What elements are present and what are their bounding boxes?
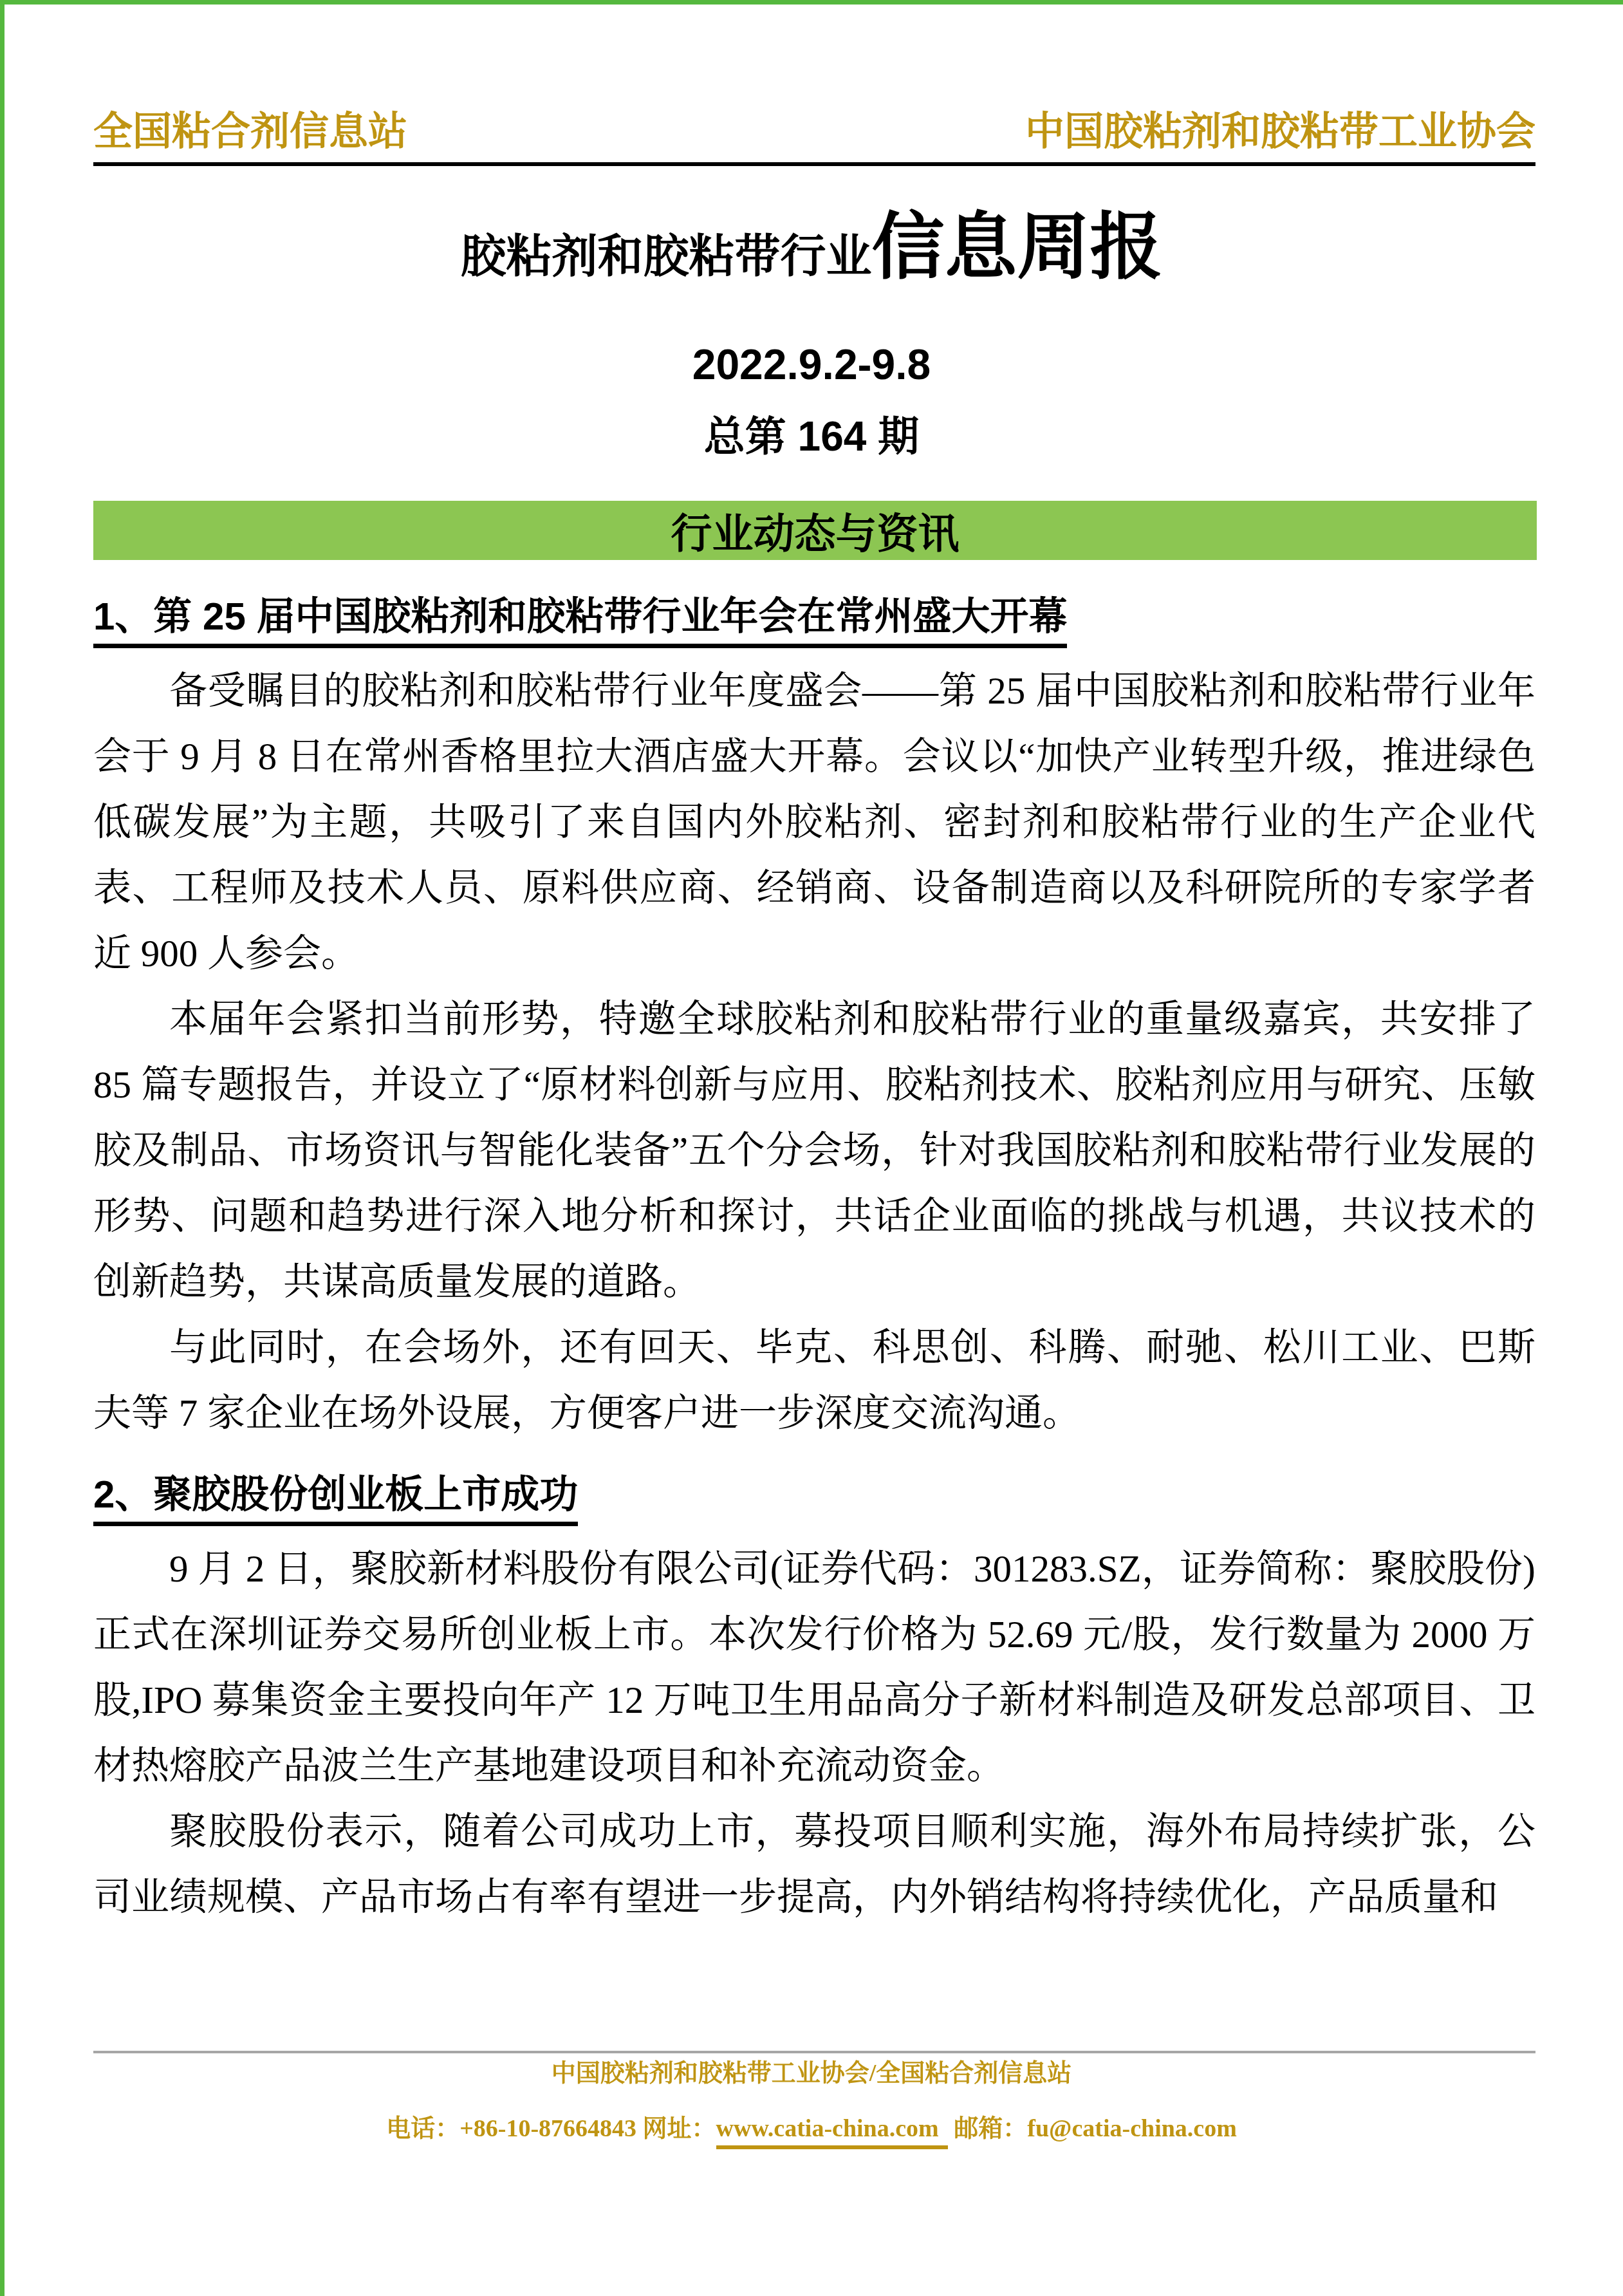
newsletter-title: 胶粘剂和胶粘带行业信息周报: [0, 198, 1623, 317]
page-border-top: [0, 0, 1623, 5]
footer-divider: [93, 2051, 1535, 2053]
article-1-heading-text: 1、第 25 届中国胶粘剂和胶粘带行业年会在常州盛大开幕: [93, 595, 1067, 648]
footer-contact-suffix: 邮箱：fu@catia-china.com: [954, 2115, 1237, 2142]
issue-date-range: 2022.9.2-9.8: [0, 337, 1623, 391]
article-1-heading: 1、第 25 届中国胶粘剂和胶粘带行业年会在常州盛大开幕: [93, 592, 1535, 641]
site-name: 全国粘合剂信息站: [93, 107, 407, 158]
article-1-paragraph-3: 与此同时，在会场外，还有回天、毕克、科思创、科腾、耐驰、松川工业、巴斯夫等 7 …: [93, 1314, 1535, 1446]
header-divider: [93, 162, 1535, 166]
title-emphasis: 信息周报: [872, 206, 1163, 287]
article-1-paragraph-2: 本届年会紧扣当前形势，特邀全球胶粘剂和胶粘带行业的重量级嘉宾，共安排了 85 篇…: [93, 986, 1535, 1314]
website-link[interactable]: www.catia-china.com: [716, 2115, 948, 2149]
issue-number: 总第 164 期: [0, 409, 1623, 463]
article-2-paragraph-1: 9 月 2 日，聚胶新材料股份有限公司(证券代码：301283.SZ，证券简称：…: [93, 1536, 1535, 1798]
page-header: 全国粘合剂信息站 中国胶粘剂和胶粘带工业协会: [93, 107, 1535, 158]
article-2-heading: 2、聚胶股份创业板上市成功: [93, 1470, 1535, 1519]
article-body: 1、第 25 届中国胶粘剂和胶粘带行业年会在常州盛大开幕 备受瞩目的胶粘剂和胶粘…: [93, 592, 1535, 1930]
association-name: 中国胶粘剂和胶粘带工业协会: [1025, 107, 1535, 158]
article-2-heading-text: 2、聚胶股份创业板上市成功: [93, 1473, 578, 1526]
section-banner-label: 行业动态与资讯: [671, 501, 960, 560]
section-banner: 行业动态与资讯: [93, 501, 1537, 560]
article-2-paragraph-2: 聚胶股份表示，随着公司成功上市，募投项目顺利实施，海外布局持续扩张，公司业绩规模…: [93, 1798, 1535, 1930]
title-prefix: 胶粘剂和胶粘带行业: [460, 231, 871, 282]
newsletter-page: 全国粘合剂信息站 中国胶粘剂和胶粘带工业协会 胶粘剂和胶粘带行业信息周报 202…: [0, 0, 1623, 2296]
footer-contact-line: 电话：+86-10-87664843 网址：www.catia-china.co…: [0, 2114, 1623, 2143]
footer-org-line: 中国胶粘剂和胶粘带工业协会/全国粘合剂信息站: [0, 2058, 1623, 2088]
article-1-paragraph-1: 备受瞩目的胶粘剂和胶粘带行业年度盛会——第 25 届中国胶粘剂和胶粘带行业年会于…: [93, 658, 1535, 986]
footer-contact-prefix: 电话：+86-10-87664843 网址：: [386, 2115, 716, 2142]
